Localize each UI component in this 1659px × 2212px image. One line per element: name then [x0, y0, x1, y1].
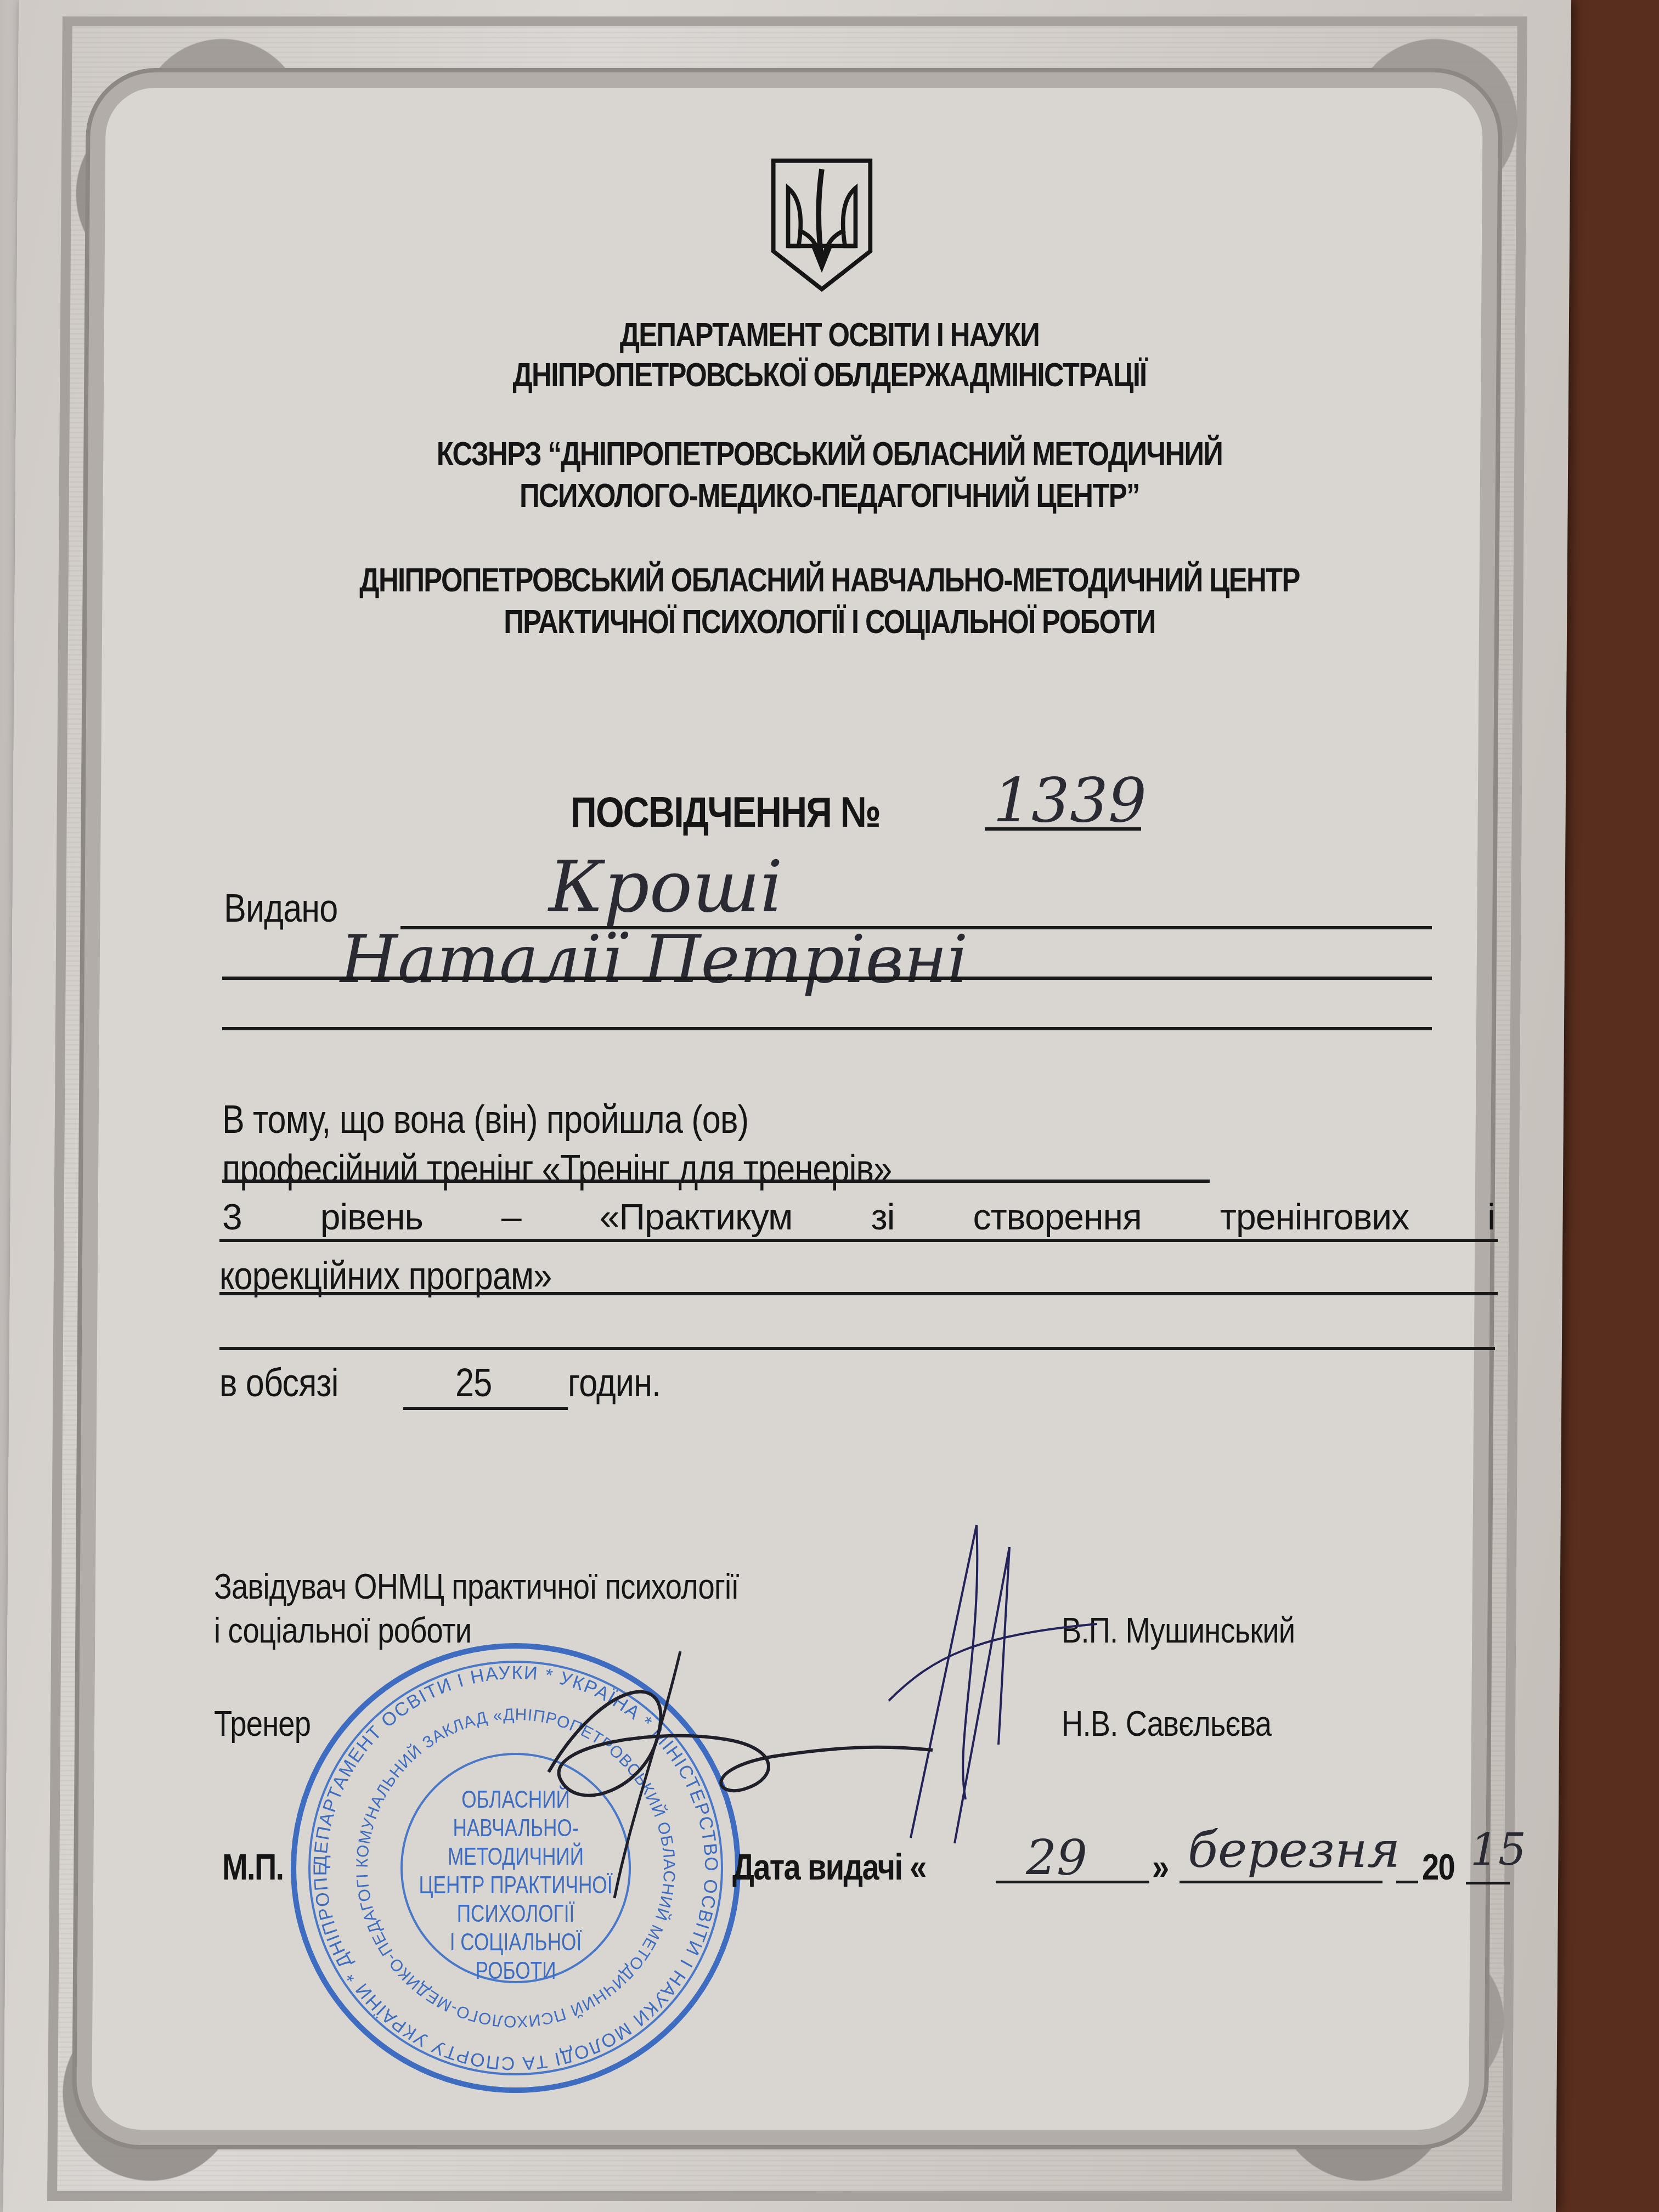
recipient-name: Наталії Петрівні: [340, 922, 968, 998]
issue-month: березня: [1188, 1821, 1400, 1879]
course-word: створення: [973, 1196, 1141, 1238]
issue-quote-close: »: [1152, 1846, 1169, 1888]
certificate-number-underline: [985, 827, 1141, 831]
volume-suffix: годин.: [568, 1361, 661, 1406]
issue-year-prefix: 20: [1422, 1846, 1454, 1888]
recipient-line-2: [222, 977, 1432, 980]
seal-label: М.П.: [222, 1846, 283, 1888]
issue-month-underline: [1180, 1881, 1383, 1883]
course-line-2: 3 рівень – «Практикум зі створення трені…: [222, 1196, 1495, 1238]
course-word: тренінгових: [1220, 1196, 1409, 1238]
certificate-title: ПОСВІДЧЕННЯ №: [571, 787, 880, 837]
department-line-1: ДЕПАРТАМЕНТ ОСВІТИ І НАУКИ: [149, 315, 1510, 354]
course-underline-3: [219, 1292, 1498, 1295]
certificate-content: ДЕПАРТАМЕНТ ОСВІТИ І НАУКИ ДНІПРОПЕТРОВС…: [0, 0, 1659, 2212]
statement-text: В тому, що вона (він) пройшла (ов): [222, 1097, 748, 1142]
center-line-1: ДНІПРОПЕТРОВСЬКИЙ ОБЛАСНИЙ НАВЧАЛЬНО-МЕТ…: [149, 561, 1510, 600]
course-word: –: [501, 1196, 521, 1238]
course-word: і: [1487, 1196, 1495, 1238]
issue-year-dash: [1396, 1881, 1418, 1883]
department-line-2: ДНІПРОПЕТРОВСЬКОЇ ОБЛДЕРЖАДМІНІСТРАЦІЇ: [149, 356, 1510, 394]
stamp-center-line: І СОЦІАЛЬНОЇ: [340, 1928, 691, 1957]
certificate-number: 1339: [993, 765, 1147, 836]
course-word: «Практикум: [600, 1196, 793, 1238]
issue-day-underline: [996, 1881, 1149, 1883]
head-title-line-2: і соціальної роботи: [214, 1610, 471, 1651]
stamp-center-line: РОБОТИ: [340, 1957, 691, 1985]
recipient-line-3: [222, 1027, 1432, 1030]
issue-year-underline: [1466, 1882, 1510, 1884]
issue-year-suffix: 15: [1470, 1824, 1526, 1875]
institution-line-1: КСЗНРЗ “ДНІПРОПЕТРОВСЬКИЙ ОБЛАСНИЙ МЕТОД…: [149, 435, 1510, 473]
course-word: рівень: [320, 1196, 423, 1238]
course-underline-1: [222, 1180, 1210, 1183]
course-underline-4: [219, 1347, 1495, 1350]
volume-hours: 25: [455, 1361, 492, 1406]
center-line-2: ПРАКТИЧНОЇ ПСИХОЛОГІЇ І СОЦІАЛЬНОЇ РОБОТ…: [149, 602, 1510, 641]
course-line-1: професійний тренінг «Тренінг для тренері…: [222, 1147, 891, 1192]
recipient-surname: Кроші: [549, 845, 783, 928]
trident-coat-of-arms-icon: [769, 154, 874, 296]
institution-line-2: ПСИХОЛОГО-МЕДИКО-ПЕДАГОГІЧНИЙ ЦЕНТР”: [149, 476, 1510, 515]
issued-label: Видано: [224, 886, 337, 931]
course-word: 3: [222, 1196, 242, 1238]
issue-date-label: Дата видачі «: [732, 1846, 926, 1888]
volume-prefix: в обсязі: [219, 1361, 338, 1406]
issue-day: 29: [1026, 1830, 1087, 1886]
volume-hours-underline: [403, 1407, 568, 1410]
course-word: зі: [871, 1196, 894, 1238]
course-underline-2: [219, 1239, 1498, 1242]
